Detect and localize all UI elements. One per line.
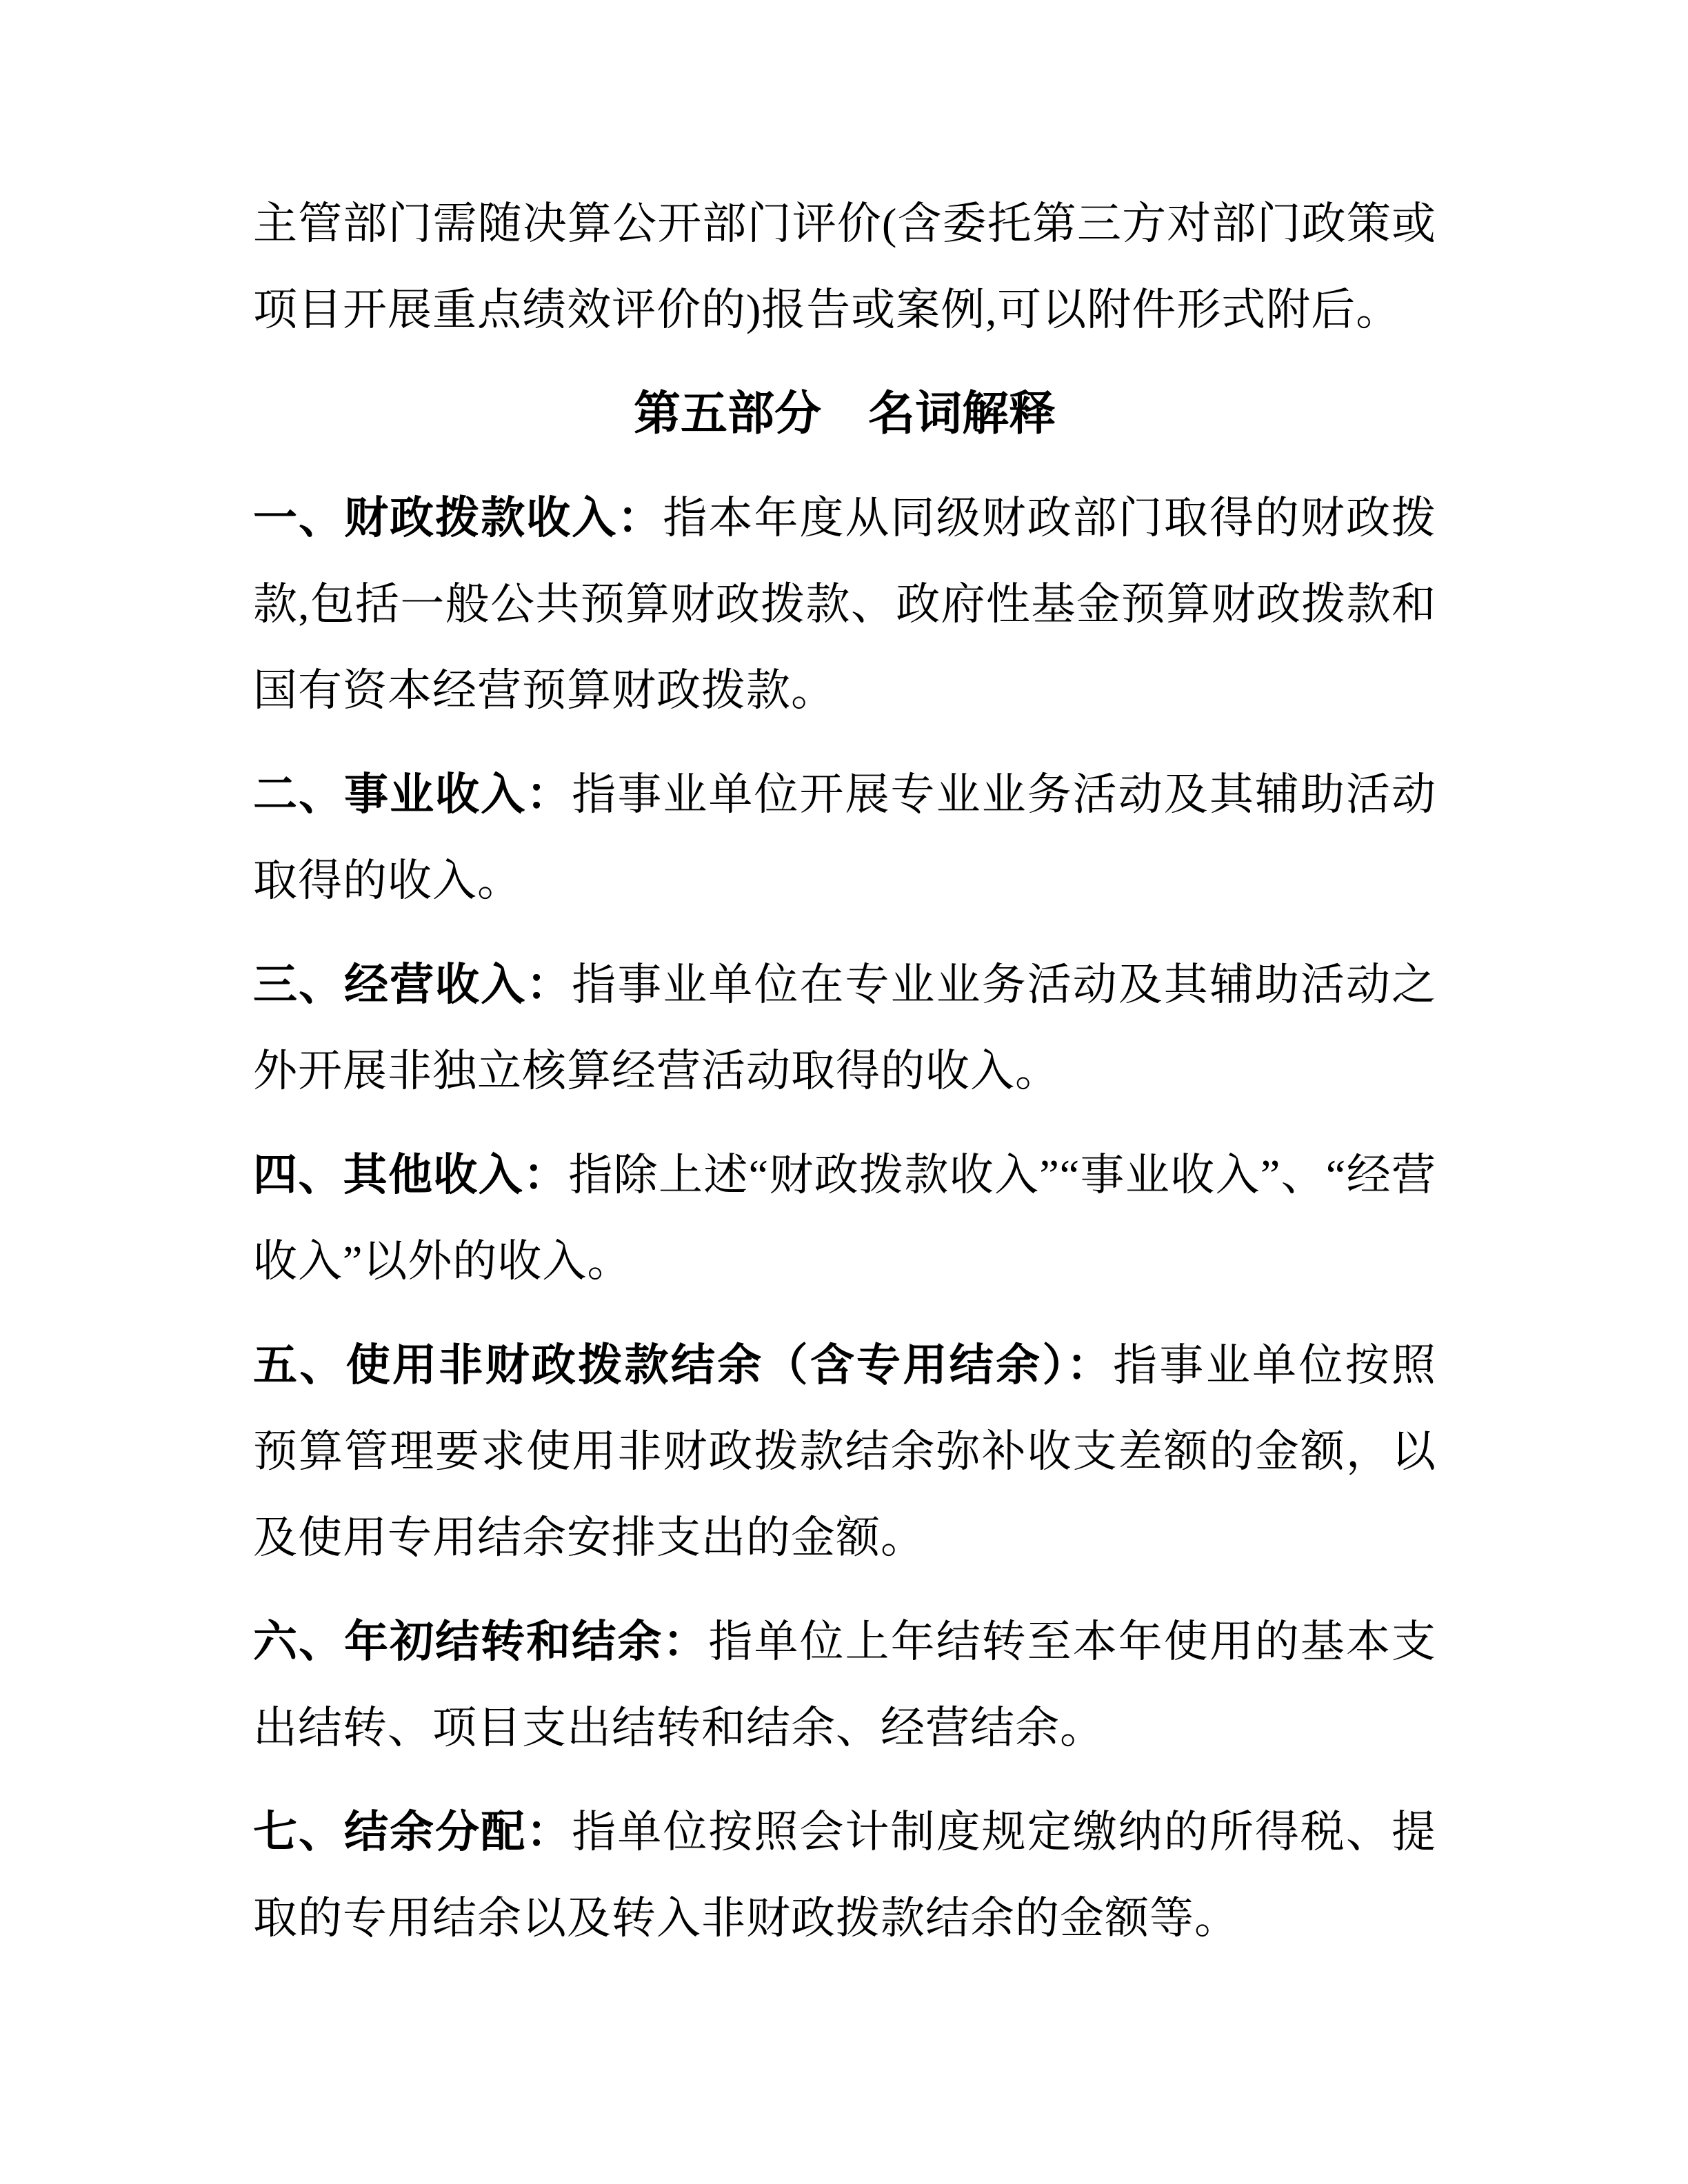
page-content: 主管部门需随决算公开部门评价(含委托第三方对部门政策或项目开展重点绩效评价的)报… [253, 181, 1436, 1979]
document-page: 主管部门需随决算公开部门评价(含委托第三方对部门政策或项目开展重点绩效评价的)报… [0, 0, 1688, 2184]
section-heading: 第五部分 名词解释 [253, 371, 1436, 457]
term-item-3: 三、经营收入：指事业单位在专业业务活动及其辅助活动之外开展非独立核算经营活动取得… [253, 942, 1436, 1114]
term-label-5: 五、使用非财政拨款结余（含专用结余）： [253, 1341, 1113, 1390]
term-label-2: 二、事业收入： [253, 770, 572, 819]
term-label-4: 四、其他收入： [253, 1151, 568, 1200]
term-label-1: 一、财政拨款收入： [253, 494, 663, 543]
term-item-5: 五、使用非财政拨款结余（含专用结余）：指事业单位按照预算管理要求使用非财政拨款结… [253, 1322, 1436, 1581]
term-item-6: 六、年初结转和结余：指单位上年结转至本年使用的基本支出结转、项目支出结转和结余、… [253, 1599, 1436, 1771]
term-item-2: 二、事业收入：指事业单位开展专业业务活动及其辅助活动取得的收入。 [253, 751, 1436, 924]
term-item-1: 一、财政拨款收入：指本年度从同级财政部门取得的财政拨款,包括一般公共预算财政拨款… [253, 475, 1436, 734]
term-label-6: 六、年初结转和结余： [253, 1617, 708, 1666]
term-item-4: 四、其他收入：指除上述“财政拨款收入”“事业收入”、“经营收入”以外的收入。 [253, 1132, 1436, 1304]
term-item-7: 七、结余分配：指单位按照会计制度规定缴纳的所得税、提取的专用结余以及转入非财政拨… [253, 1789, 1436, 1961]
paragraph-continuation: 主管部门需随决算公开部门评价(含委托第三方对部门政策或项目开展重点绩效评价的)报… [253, 181, 1436, 353]
term-label-3: 三、经营收入： [253, 960, 572, 1009]
term-label-7: 七、结余分配： [253, 1808, 572, 1857]
